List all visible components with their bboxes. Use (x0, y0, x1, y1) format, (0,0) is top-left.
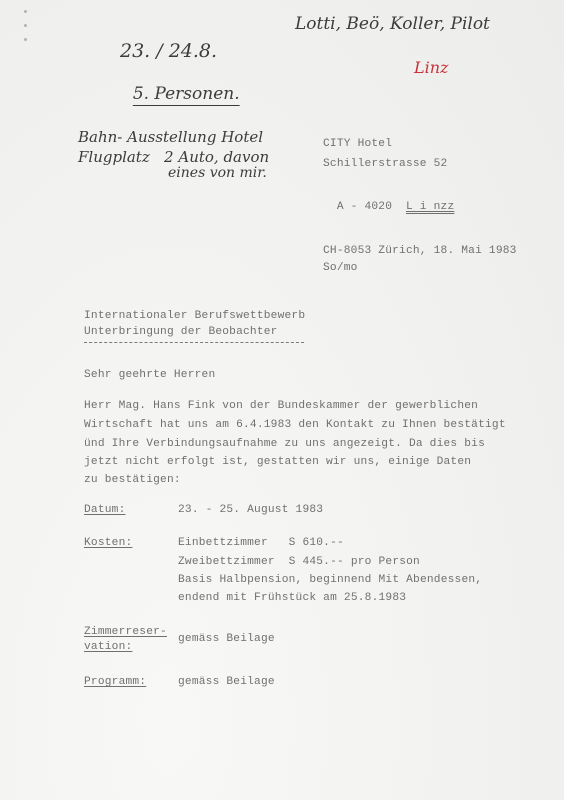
handwritten-note-line1: Bahn- Ausstellung Hotel (78, 128, 263, 146)
handwritten-dates: 23. / 24.8. (120, 40, 217, 62)
sender-reference: So/mo (323, 259, 358, 278)
recipient-city-line: A - 4020 L i nzz (323, 179, 454, 217)
recipient-name: CITY Hotel (323, 135, 392, 154)
salutation: Sehr geehrte Herren (84, 366, 215, 385)
punch-mark (24, 10, 27, 13)
handwritten-note-line2: Flugplatz 2 Auto, davon (78, 148, 269, 166)
recipient-city: L i nzz (406, 201, 454, 213)
programm-value: gemäss Beilage (178, 673, 275, 692)
zimmer-label-line1: Zimmerreser- (84, 625, 167, 640)
subject-line2: Unterbringung der Beobachter (84, 323, 278, 342)
handwritten-persons-text: 5. Personen. (133, 84, 240, 104)
handwritten-red-note: Linz (414, 58, 448, 77)
handwritten-names: Lotti, Beö, Koller, Pilot (295, 14, 490, 34)
handwritten-persons: 5. Personen. (122, 64, 240, 104)
zimmer-value: gemäss Beilage (178, 630, 275, 649)
kosten-line: endend mit Frühstück am 25.8.1983 (178, 589, 406, 608)
programm-label: Programm: (84, 673, 146, 692)
handwritten-note-line3: eines von mir. (168, 165, 267, 181)
body-line: jetzt nicht erfolgt ist, gestatten wir u… (84, 453, 471, 472)
kosten-line: Einbettzimmer S 610.-- (178, 534, 344, 553)
body-line: Wirtschaft hat uns am 6.4.1983 den Konta… (84, 416, 506, 435)
recipient-postcode: A - 4020 (337, 201, 392, 213)
kosten-label: Kosten: (84, 534, 132, 553)
datum-label: Datum: (84, 501, 125, 520)
body-line: ünd Ihre Verbindungsaufnahme zu uns ange… (84, 435, 485, 454)
body-line: zu bestätigen: (84, 471, 181, 490)
kosten-line: Zweibettzimmer S 445.-- pro Person (178, 553, 420, 572)
body-line: Herr Mag. Hans Fink von der Bundeskammer… (84, 397, 478, 416)
punch-mark (24, 38, 27, 41)
kosten-line: Basis Halbpension, beginnend Mit Abendes… (178, 571, 482, 590)
subject-rule (84, 342, 304, 343)
punch-mark (24, 24, 27, 27)
zimmer-label-line2: vation: (84, 640, 132, 655)
datum-value: 23. - 25. August 1983 (178, 501, 323, 520)
recipient-street: Schillerstrasse 52 (323, 155, 447, 174)
